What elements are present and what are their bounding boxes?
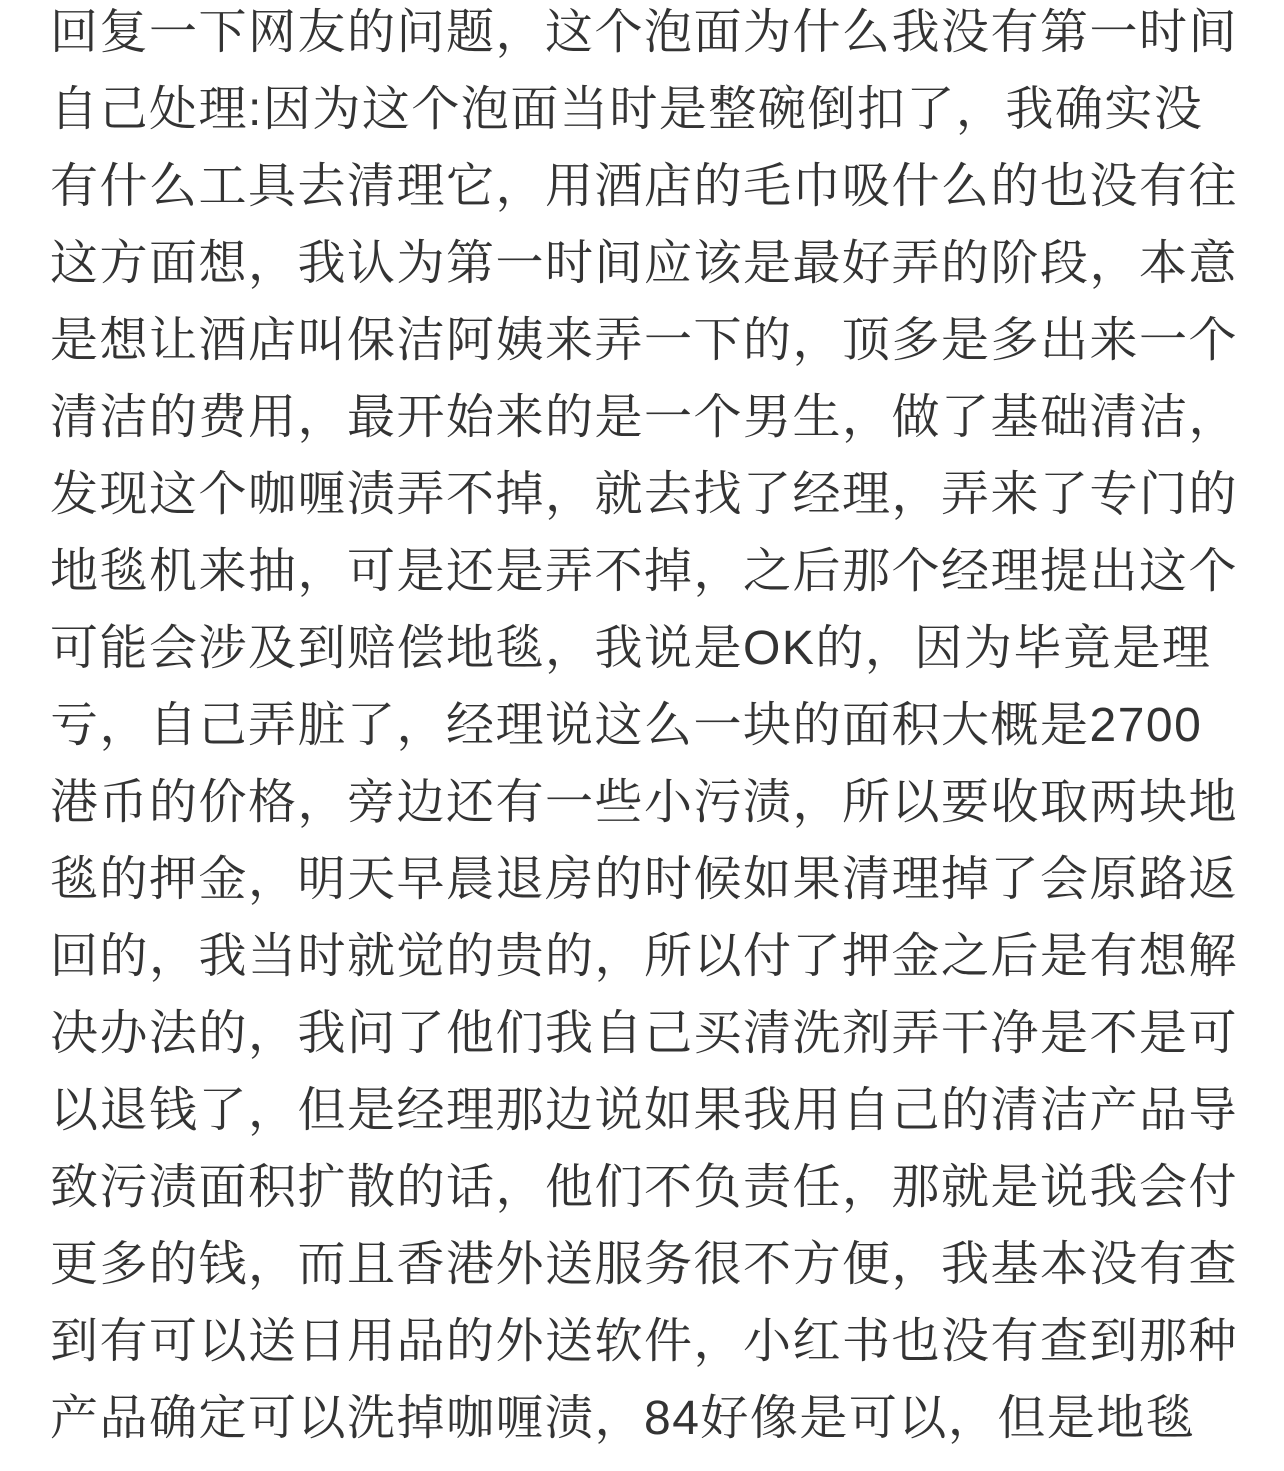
text-line: 清洁的费用，最开始来的是一个男生，做了基础清洁，: [50, 379, 1244, 456]
text-line: 以退钱了，但是经理那边说如果我用自己的清洁产品导: [50, 1072, 1244, 1149]
text-line: 回复一下网友的问题，这个泡面为什么我没有第一时间: [50, 0, 1244, 71]
post-body-text: 回复一下网友的问题，这个泡面为什么我没有第一时间 自己处理:因为这个泡面当时是整…: [0, 0, 1284, 1457]
text-line: 决办法的，我问了他们我自己买清洗剂弄干净是不是可: [50, 995, 1244, 1072]
text-line: 可能会涉及到赔偿地毯，我说是OK的，因为毕竟是理: [50, 610, 1244, 687]
text-line: 亏，自己弄脏了，经理说这么一块的面积大概是2700: [50, 687, 1244, 764]
text-line: 产品确定可以洗掉咖喱渍，84好像是可以，但是地毯: [50, 1380, 1244, 1457]
text-line: 到有可以送日用品的外送软件，小红书也没有查到那种: [50, 1303, 1244, 1380]
text-line: 是想让酒店叫保洁阿姨来弄一下的，顶多是多出来一个: [50, 302, 1244, 379]
text-line: 发现这个咖喱渍弄不掉，就去找了经理，弄来了专门的: [50, 456, 1244, 533]
text-line: 致污渍面积扩散的话，他们不负责任，那就是说我会付: [50, 1149, 1244, 1226]
text-line: 港币的价格，旁边还有一些小污渍，所以要收取两块地: [50, 764, 1244, 841]
text-line: 地毯机来抽，可是还是弄不掉，之后那个经理提出这个: [50, 533, 1244, 610]
text-line: 有什么工具去清理它，用酒店的毛巾吸什么的也没有往: [50, 148, 1244, 225]
text-line: 毯的押金，明天早晨退房的时候如果清理掉了会原路返: [50, 841, 1244, 918]
text-line: 这方面想，我认为第一时间应该是最好弄的阶段，本意: [50, 225, 1244, 302]
text-line: 更多的钱，而且香港外送服务很不方便，我基本没有查: [50, 1226, 1244, 1303]
text-line: 回的，我当时就觉的贵的，所以付了押金之后是有想解: [50, 918, 1244, 995]
text-line: 自己处理:因为这个泡面当时是整碗倒扣了，我确实没: [50, 71, 1244, 148]
